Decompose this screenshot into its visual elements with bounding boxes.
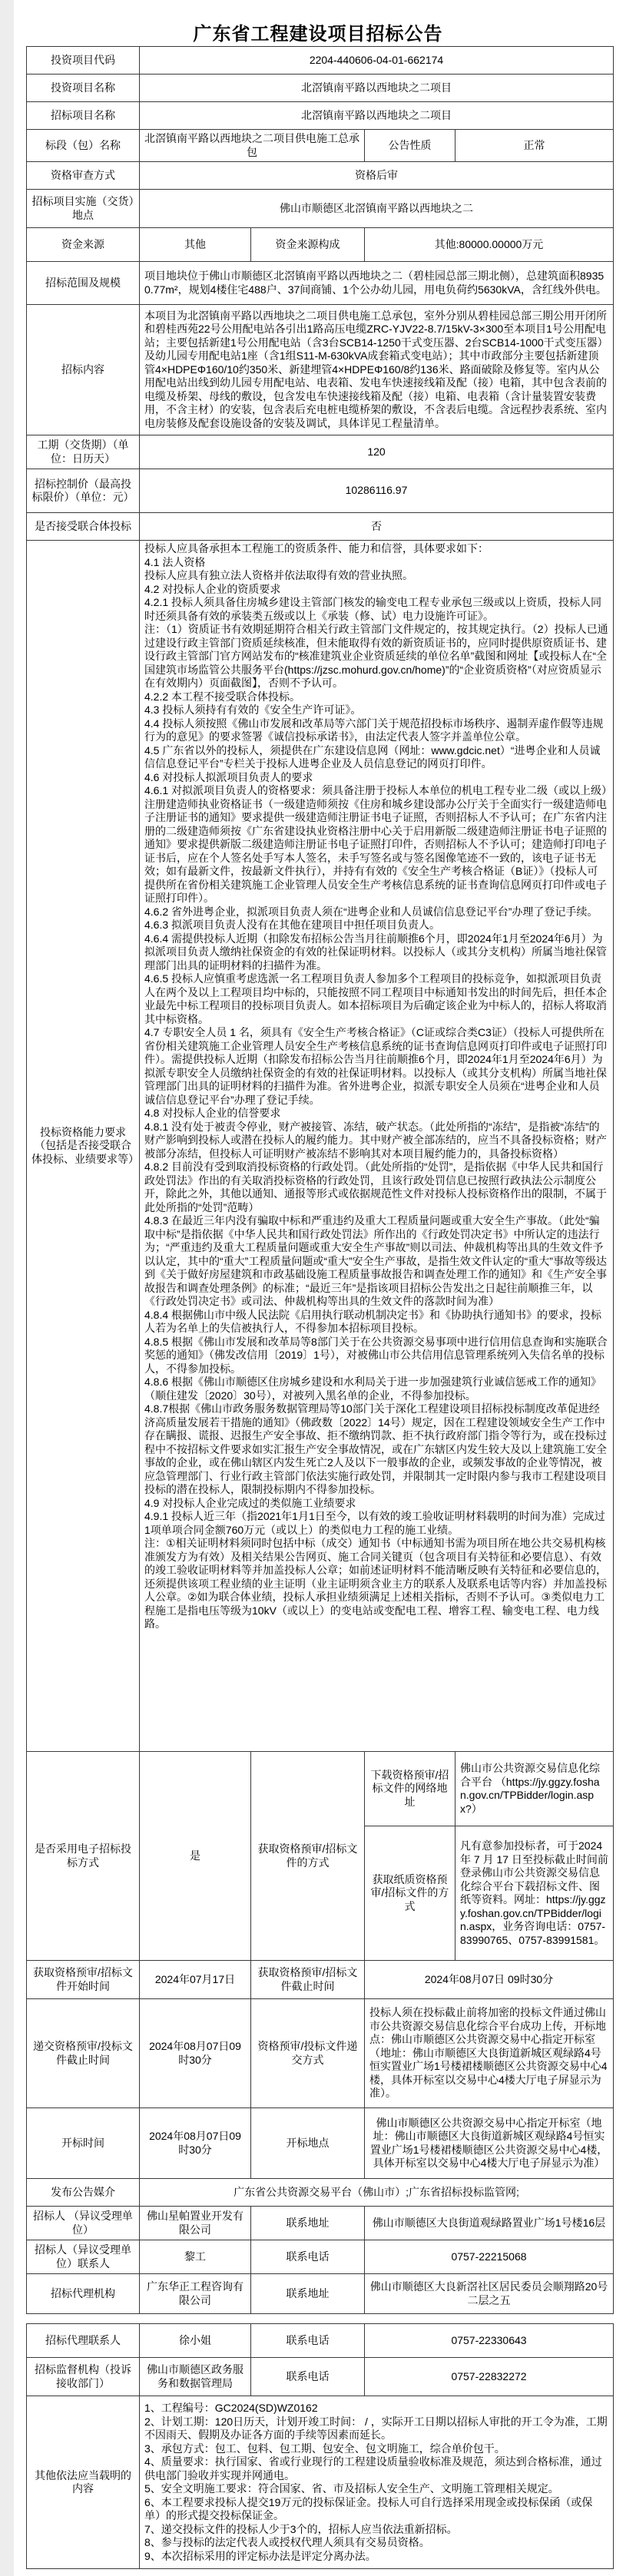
funding-label: 资金来源: [27, 228, 140, 262]
download-address-value: 佛山市公共资源交易信息化综合平台 （https://jy.ggzy.foshan…: [455, 1752, 614, 1826]
consortium-label: 是否接受联合体投标: [27, 513, 140, 541]
opening-time-value: 2024年08月07日09时30分: [140, 2108, 251, 2179]
page-title: 广东省工程建设项目招标公告: [0, 0, 636, 46]
tender-info-table: 投资项目代码 2204-440606-04-01-662174 投资项目名称 北…: [26, 46, 614, 2314]
table-row: 发布公告媒介 广东省公共资源交易平台（佛山市）;广东省招标投标监管网;: [27, 2179, 614, 2207]
content-value: 本项目为北滘镇南平路以西地块之二项目供电施工总承包，室外分别从碧桂园总部三期公用…: [140, 305, 614, 435]
table-row: 投资项目代码 2204-440606-04-01-662174: [27, 47, 614, 74]
tenderer-contact-label: 招标人（异议受理单位）联系人: [27, 2240, 140, 2274]
electronic-value: 是: [140, 1752, 251, 1961]
investment-code-value: 2204-440606-04-01-662174: [140, 47, 614, 74]
supervision-value: 佛山市顺德区政务服务和数据管理局: [140, 2358, 251, 2396]
doc-start-time-label: 获取资格预审/招标文件开始时间: [27, 1961, 140, 1999]
control-price-value: 10286116.97: [140, 469, 614, 513]
tenderer-tel-label: 联系电话: [251, 2240, 365, 2274]
location-value: 佛山市顺德区北滘镇南平路以西地块之二: [140, 190, 614, 228]
table-row: 工期（交货期）（单位：日历天） 120: [27, 435, 614, 469]
agency-contact-value: 徐小姐: [140, 2324, 251, 2358]
table-row: 投资项目名称 北滘镇南平路以西地块之二项目: [27, 74, 614, 102]
submission-deadline-label: 递交资格预审/投标文件截止时间: [27, 1999, 140, 2108]
duration-value: 120: [140, 435, 614, 469]
duration-label: 工期（交货期）（单位：日历天）: [27, 435, 140, 469]
supervision-label: 招标监督机构（投诉接收部门）: [27, 2358, 140, 2396]
table-row: 递交资格预审/投标文件截止时间 2024年08月07日09时30分 资格预审/投…: [27, 1999, 614, 2108]
qualification-req-value: 投标人应具备承担本工程施工的资质条件、能力和信誉，具体要求如下： 4.1 法人资…: [140, 541, 614, 1752]
qualification-method-value: 资格后审: [140, 162, 614, 190]
qualification-method-label: 资格审查方式: [27, 162, 140, 190]
investment-code-label: 投资项目代码: [27, 47, 140, 74]
agency-contact-label: 招标代理联系人: [27, 2324, 140, 2358]
table-gap: [0, 2314, 636, 2323]
tenderer-address-label: 联系地址: [251, 2207, 365, 2240]
table-row: 招标监督机构（投诉接收部门） 佛山市顺德区政务服务和数据管理局 联系电话 075…: [27, 2358, 614, 2396]
other-content-value: 1、工程编号：GC2024(SD)WZ0162 2、计划工期：120日历天，计划…: [140, 2396, 614, 2569]
agency-value: 广东华正工程咨询有限公司: [140, 2274, 251, 2314]
supervision-tel-value: 0757-22832272: [365, 2358, 614, 2396]
agency-tel-label: 联系电话: [251, 2324, 365, 2358]
page-left-margin-strip: [0, 0, 14, 2576]
table-row: 招标项目实施（交货）地点 佛山市顺德区北滘镇南平路以西地块之二: [27, 190, 614, 228]
scope-label: 招标范围及规模: [27, 262, 140, 305]
table-row: 标段（包）名称 北滘镇南平路以西地块之二项目供电施工总承包 公告性质 正常: [27, 130, 614, 162]
table-row: 资格审查方式 资格后审: [27, 162, 614, 190]
tender-announcement-page: 广东省工程建设项目招标公告 投资项目代码 2204-440606-04-01-6…: [0, 0, 636, 2576]
table-row: 招标项目名称 北滘镇南平路以西地块之二项目: [27, 102, 614, 130]
doc-start-time-value: 2024年07月17日: [140, 1961, 251, 1999]
funding-composition-value: 其他:80000.00000万元: [365, 228, 614, 262]
opening-place-label: 开标地点: [251, 2108, 365, 2179]
table-row: 招标代理联系人 徐小姐 联系电话 0757-22330643: [27, 2324, 614, 2358]
notice-nature-value: 正常: [455, 130, 614, 162]
table-row: 获取资格预审/招标文件开始时间 2024年07月17日 获取资格预审/招标文件截…: [27, 1961, 614, 1999]
table-row: 开标时间 2024年08月07日09时30分 开标地点 佛山市顺德区公共资源交易…: [27, 2108, 614, 2179]
control-price-label: 招标控制价（最高投标限价）（单位：元）: [27, 469, 140, 513]
agency-label: 招标代理机构: [27, 2274, 140, 2314]
doc-end-time-value: 2024年08月07日 09时30分: [365, 1961, 614, 1999]
opening-time-label: 开标时间: [27, 2108, 140, 2179]
download-address-label: 下载资格预审/招标文件的网络地址: [365, 1752, 455, 1826]
qualification-req-label: 投标资格能力要求（包括是否接受联合体投标、业绩要求等）: [27, 541, 140, 1752]
table-row: 其他依法应当载明的内容 1、工程编号：GC2024(SD)WZ0162 2、计划…: [27, 2396, 614, 2569]
investment-name-label: 投资项目名称: [27, 74, 140, 102]
notice-nature-label: 公告性质: [365, 130, 455, 162]
table-row: 招标代理机构 广东华正工程咨询有限公司 联系地址 佛山市顺德区大良新滘社区居民委…: [27, 2274, 614, 2314]
tenderer-label: 招标人 （异议受理单位）: [27, 2207, 140, 2240]
table-row: 资金来源 其他 资金来源构成 其他:80000.00000万元: [27, 228, 614, 262]
tenderer-address-value: 佛山市顺德区大良街道观绿路置业广场1号楼16层: [365, 2207, 614, 2240]
doc-end-time-label: 获取资格预审/招标文件截止时间: [251, 1961, 365, 1999]
table-row: 招标范围及规模 项目地块位于佛山市顺德区北滘镇南平路以西地块之二（碧桂园总部三期…: [27, 262, 614, 305]
electronic-label: 是否采用电子招标投标方式: [27, 1752, 140, 1961]
tenderer-value: 佛山星帕置业开发有限公司: [140, 2207, 251, 2240]
tender-name-value: 北滘镇南平路以西地块之二项目: [140, 102, 614, 130]
table-row: 招标人 （异议受理单位） 佛山星帕置业开发有限公司 联系地址 佛山市顺德区大良街…: [27, 2207, 614, 2240]
paper-doc-value: 凡有意参加投标者，可于2024年 7 月 17 日至投标截止时间前登录佛山市公共…: [455, 1826, 614, 1961]
submission-deadline-value: 2024年08月07日09时30分: [140, 1999, 251, 2108]
table-row: 招标内容 本项目为北滘镇南平路以西地块之二项目供电施工总承包，室外分别从碧桂园总…: [27, 305, 614, 435]
scope-value: 项目地块位于佛山市顺德区北滘镇南平路以西地块之二（碧桂园总部三期北侧），总建筑面…: [140, 262, 614, 305]
table-row: 投标资格能力要求（包括是否接受联合体投标、业绩要求等） 投标人应具备承担本工程施…: [27, 541, 614, 1752]
paper-doc-label: 获取纸质资格预审/招标文件的方式: [365, 1826, 455, 1961]
investment-name-value: 北滘镇南平路以西地块之二项目: [140, 74, 614, 102]
tender-contact-table: 招标代理联系人 徐小姐 联系电话 0757-22330643 招标监督机构（投诉…: [26, 2323, 614, 2569]
supervision-tel-label: 联系电话: [251, 2358, 365, 2396]
funding-composition-label: 资金来源构成: [251, 228, 365, 262]
electronic-method-label: 获取资格预审/招标文件的方式: [251, 1752, 365, 1961]
tender-name-label: 招标项目名称: [27, 102, 140, 130]
media-label: 发布公告媒介: [27, 2179, 140, 2207]
table-row: 招标人（异议受理单位）联系人 黎工 联系电话 0757-22215068: [27, 2240, 614, 2274]
section-label: 标段（包）名称: [27, 130, 140, 162]
media-value: 广东省公共资源交易平台（佛山市）;广东省招标投标监管网;: [140, 2179, 614, 2207]
table-row: 招标控制价（最高投标限价）（单位：元） 10286116.97: [27, 469, 614, 513]
other-content-label: 其他依法应当载明的内容: [27, 2396, 140, 2569]
content-label: 招标内容: [27, 305, 140, 435]
submission-method-value: 投标人须在投标截止前将加密的投标文件通过佛山市公共资源交易信息化综合平台成功上传…: [365, 1999, 614, 2108]
location-label: 招标项目实施（交货）地点: [27, 190, 140, 228]
agency-address-value: 佛山市顺德区大良新滘社区居民委员会顺翔路20号二层之五: [365, 2274, 614, 2314]
submission-method-label: 资格预审/投标文件递交方式: [251, 1999, 365, 2108]
funding-value: 其他: [140, 228, 251, 262]
consortium-value: 否: [140, 513, 614, 541]
tenderer-tel-value: 0757-22215068: [365, 2240, 614, 2274]
opening-place-value: 佛山市顺德区公共资源交易中心指定开标室（地址：佛山市顺德区大良街道新城区观绿路4…: [365, 2108, 614, 2179]
section-value: 北滘镇南平路以西地块之二项目供电施工总承包: [140, 130, 365, 162]
agency-address-label: 联系地址: [251, 2274, 365, 2314]
tenderer-contact-value: 黎工: [140, 2240, 251, 2274]
agency-tel-value: 0757-22330643: [365, 2324, 614, 2358]
table-row: 是否接受联合体投标 否: [27, 513, 614, 541]
table-row: 是否采用电子招标投标方式 是 获取资格预审/招标文件的方式 下载资格预审/招标文…: [27, 1752, 614, 1826]
